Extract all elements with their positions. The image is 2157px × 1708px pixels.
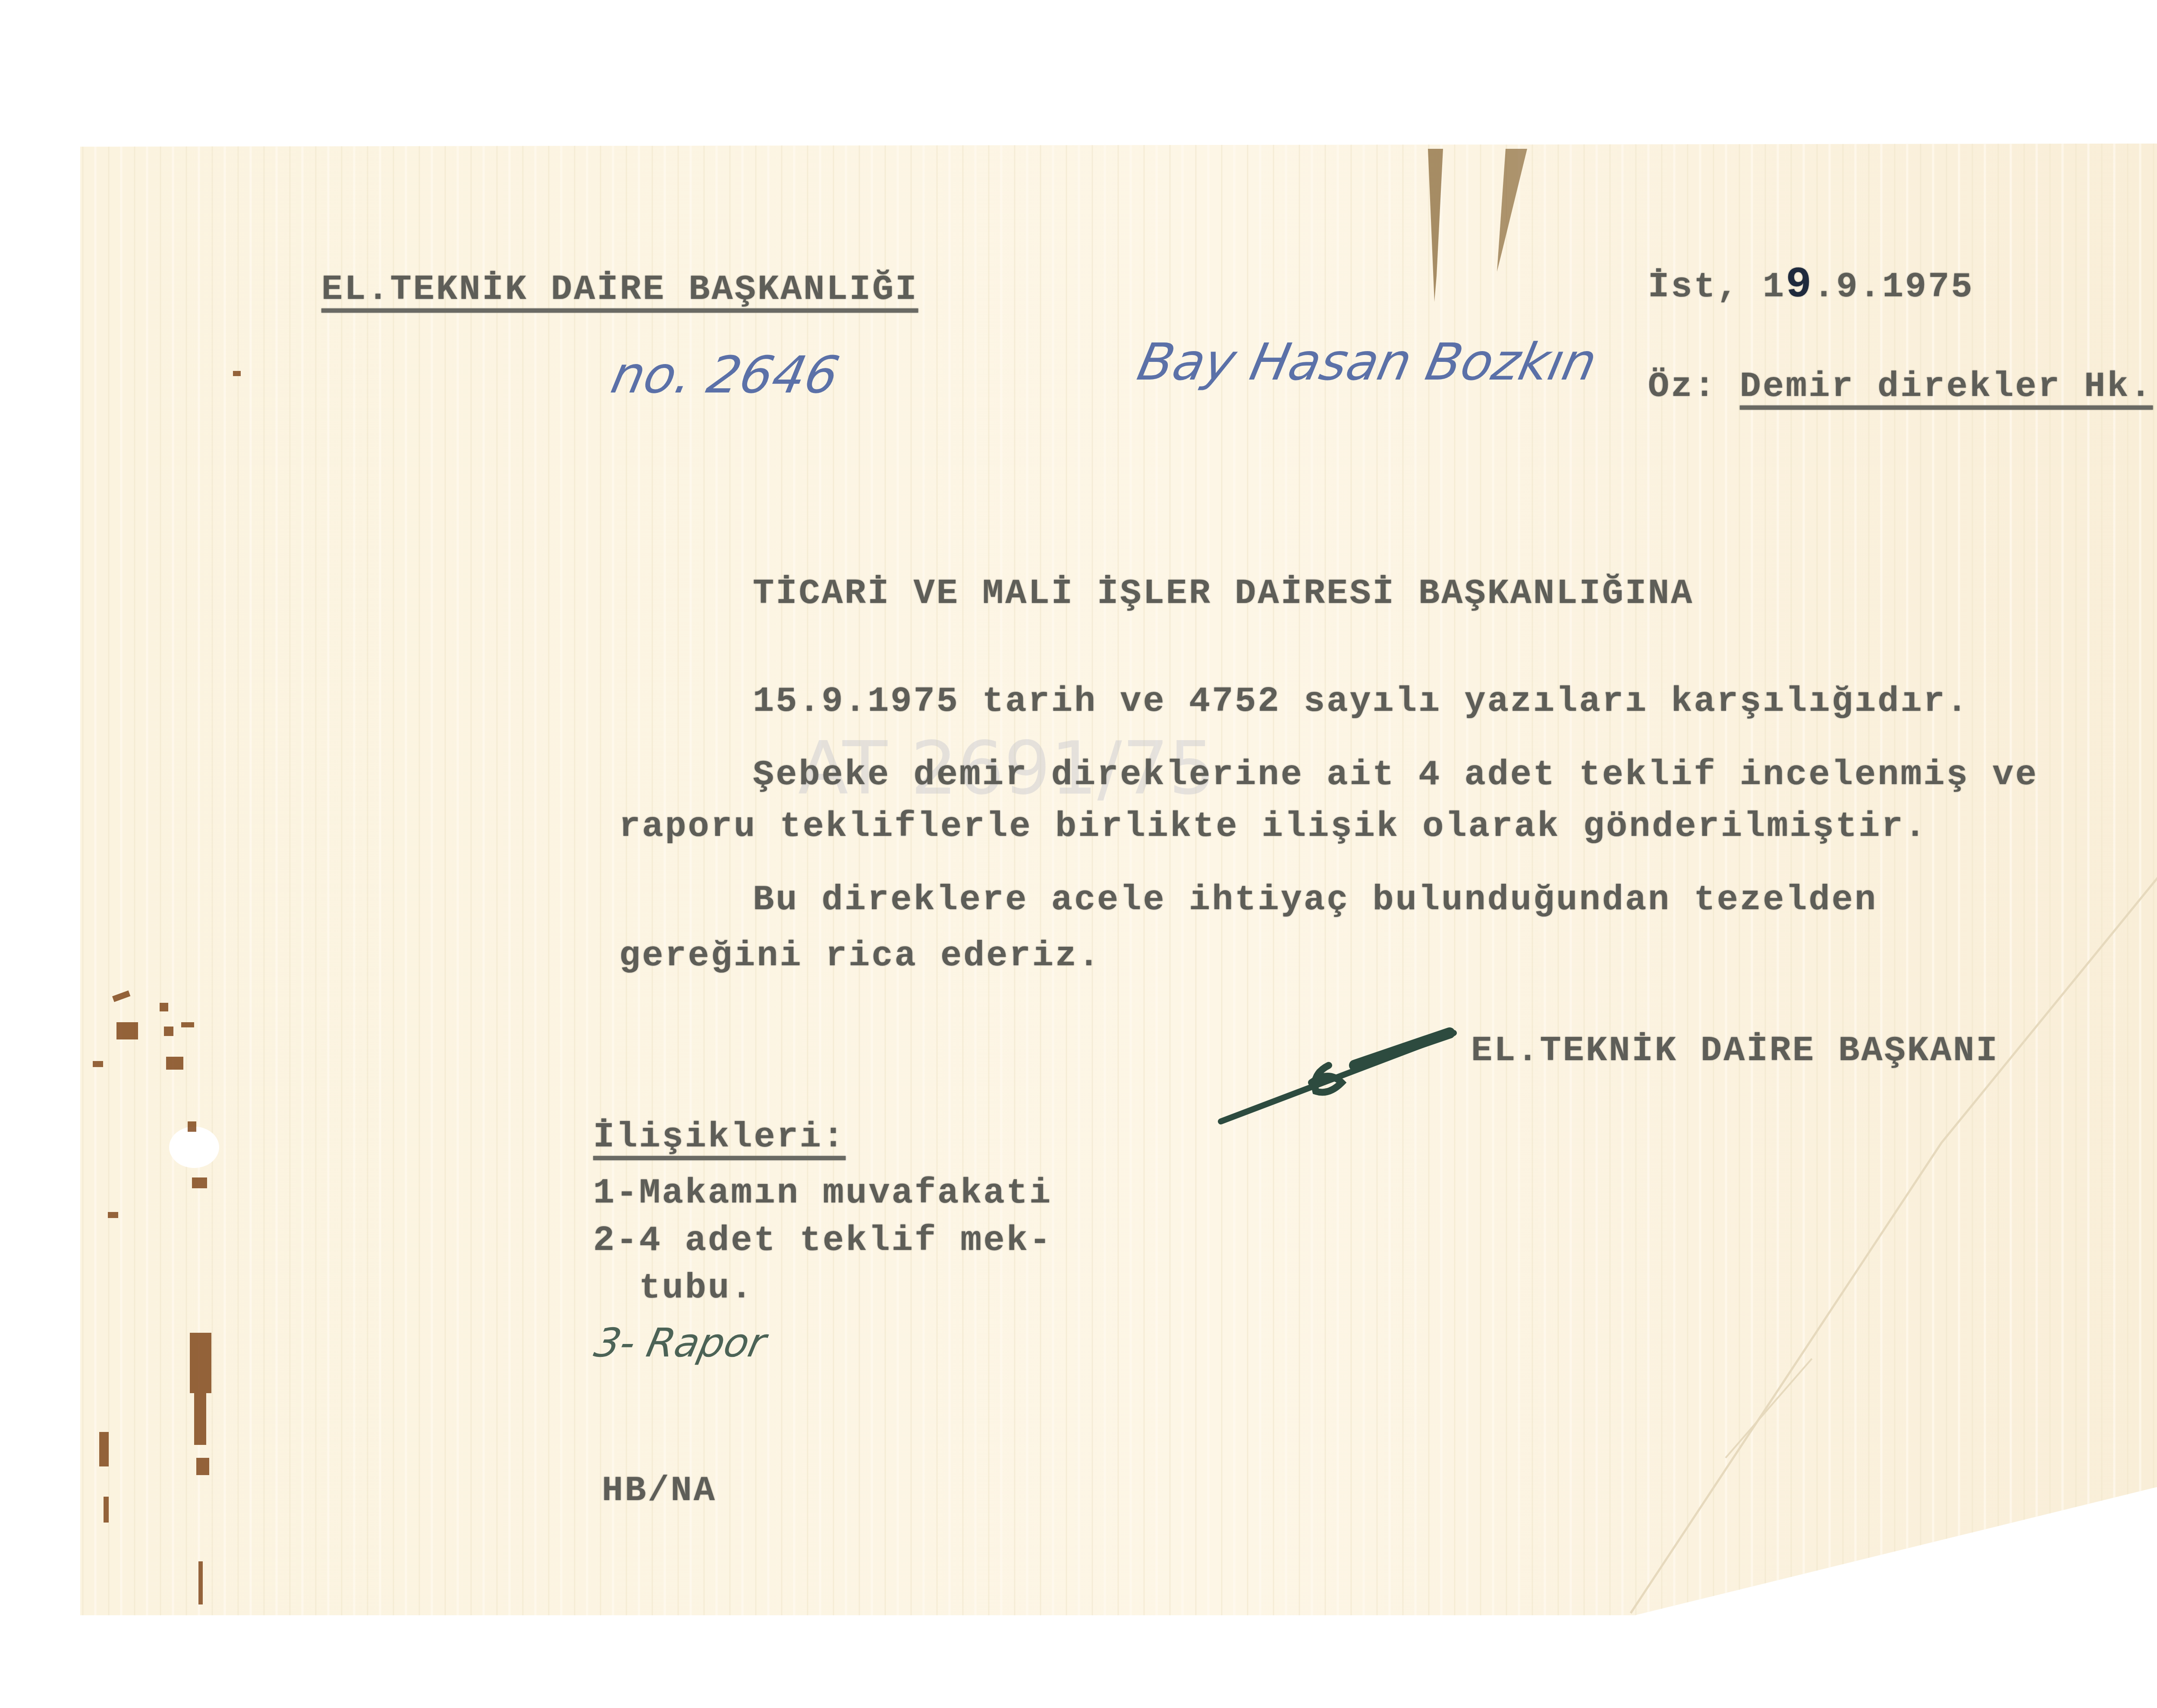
body-line-1: 15.9.1975 tarih ve 4752 sayılı yazıları … — [753, 681, 1969, 722]
date-suffix: .9.1975 — [1813, 267, 1974, 307]
attachment-item-3-handwritten: 3- Rapor — [591, 1320, 770, 1366]
subject-line: Öz: Demir direkler Hk. — [1648, 367, 2153, 407]
handwritten-addressee: Bay Hasan Bozkın — [1132, 332, 1602, 392]
date-prefix: İst, 1 — [1648, 267, 1786, 307]
recipient-line: TİCARİ VE MALİ İŞLER DAİRESİ BAŞKANLIĞIN… — [753, 574, 1694, 614]
scanned-paper-sheet: AT 2691/75 — [0, 0, 2157, 1708]
attachment-item-2: 2-4 adet teklif mek- — [593, 1221, 1052, 1261]
punch-hole — [169, 1127, 219, 1168]
body-line-3: raporu tekliflerle birlikte ilişik olara… — [619, 807, 1927, 847]
body-line-5: gereğini rica ederiz. — [619, 936, 1101, 976]
attachments-heading: İlişikleri: — [593, 1117, 846, 1157]
attachment-item-2-cont: tubu. — [593, 1268, 754, 1308]
handwritten-reference-number: no. 2646 — [606, 345, 844, 405]
place-date: İst, 19.9.1975 — [1648, 261, 1974, 310]
typist-initials: HB/NA — [602, 1471, 717, 1511]
date-corrected-digit: 9 — [1786, 261, 1813, 310]
signature-title: EL.TEKNİK DAİRE BAŞKANI — [1471, 1031, 1999, 1071]
attachment-item-1: 1-Makamın muvafakati — [593, 1173, 1052, 1213]
body-line-4: Bu direklere acele ihtiyaç bulunduğundan… — [753, 880, 1877, 920]
body-line-2: Şebeke demir direklerine ait 4 adet tekl… — [753, 755, 2038, 795]
sender-office: EL.TEKNİK DAİRE BAŞKANLIĞI — [321, 270, 918, 310]
subject-text: Demir direkler Hk. — [1740, 367, 2153, 407]
subject-label: Öz: — [1648, 367, 1717, 407]
